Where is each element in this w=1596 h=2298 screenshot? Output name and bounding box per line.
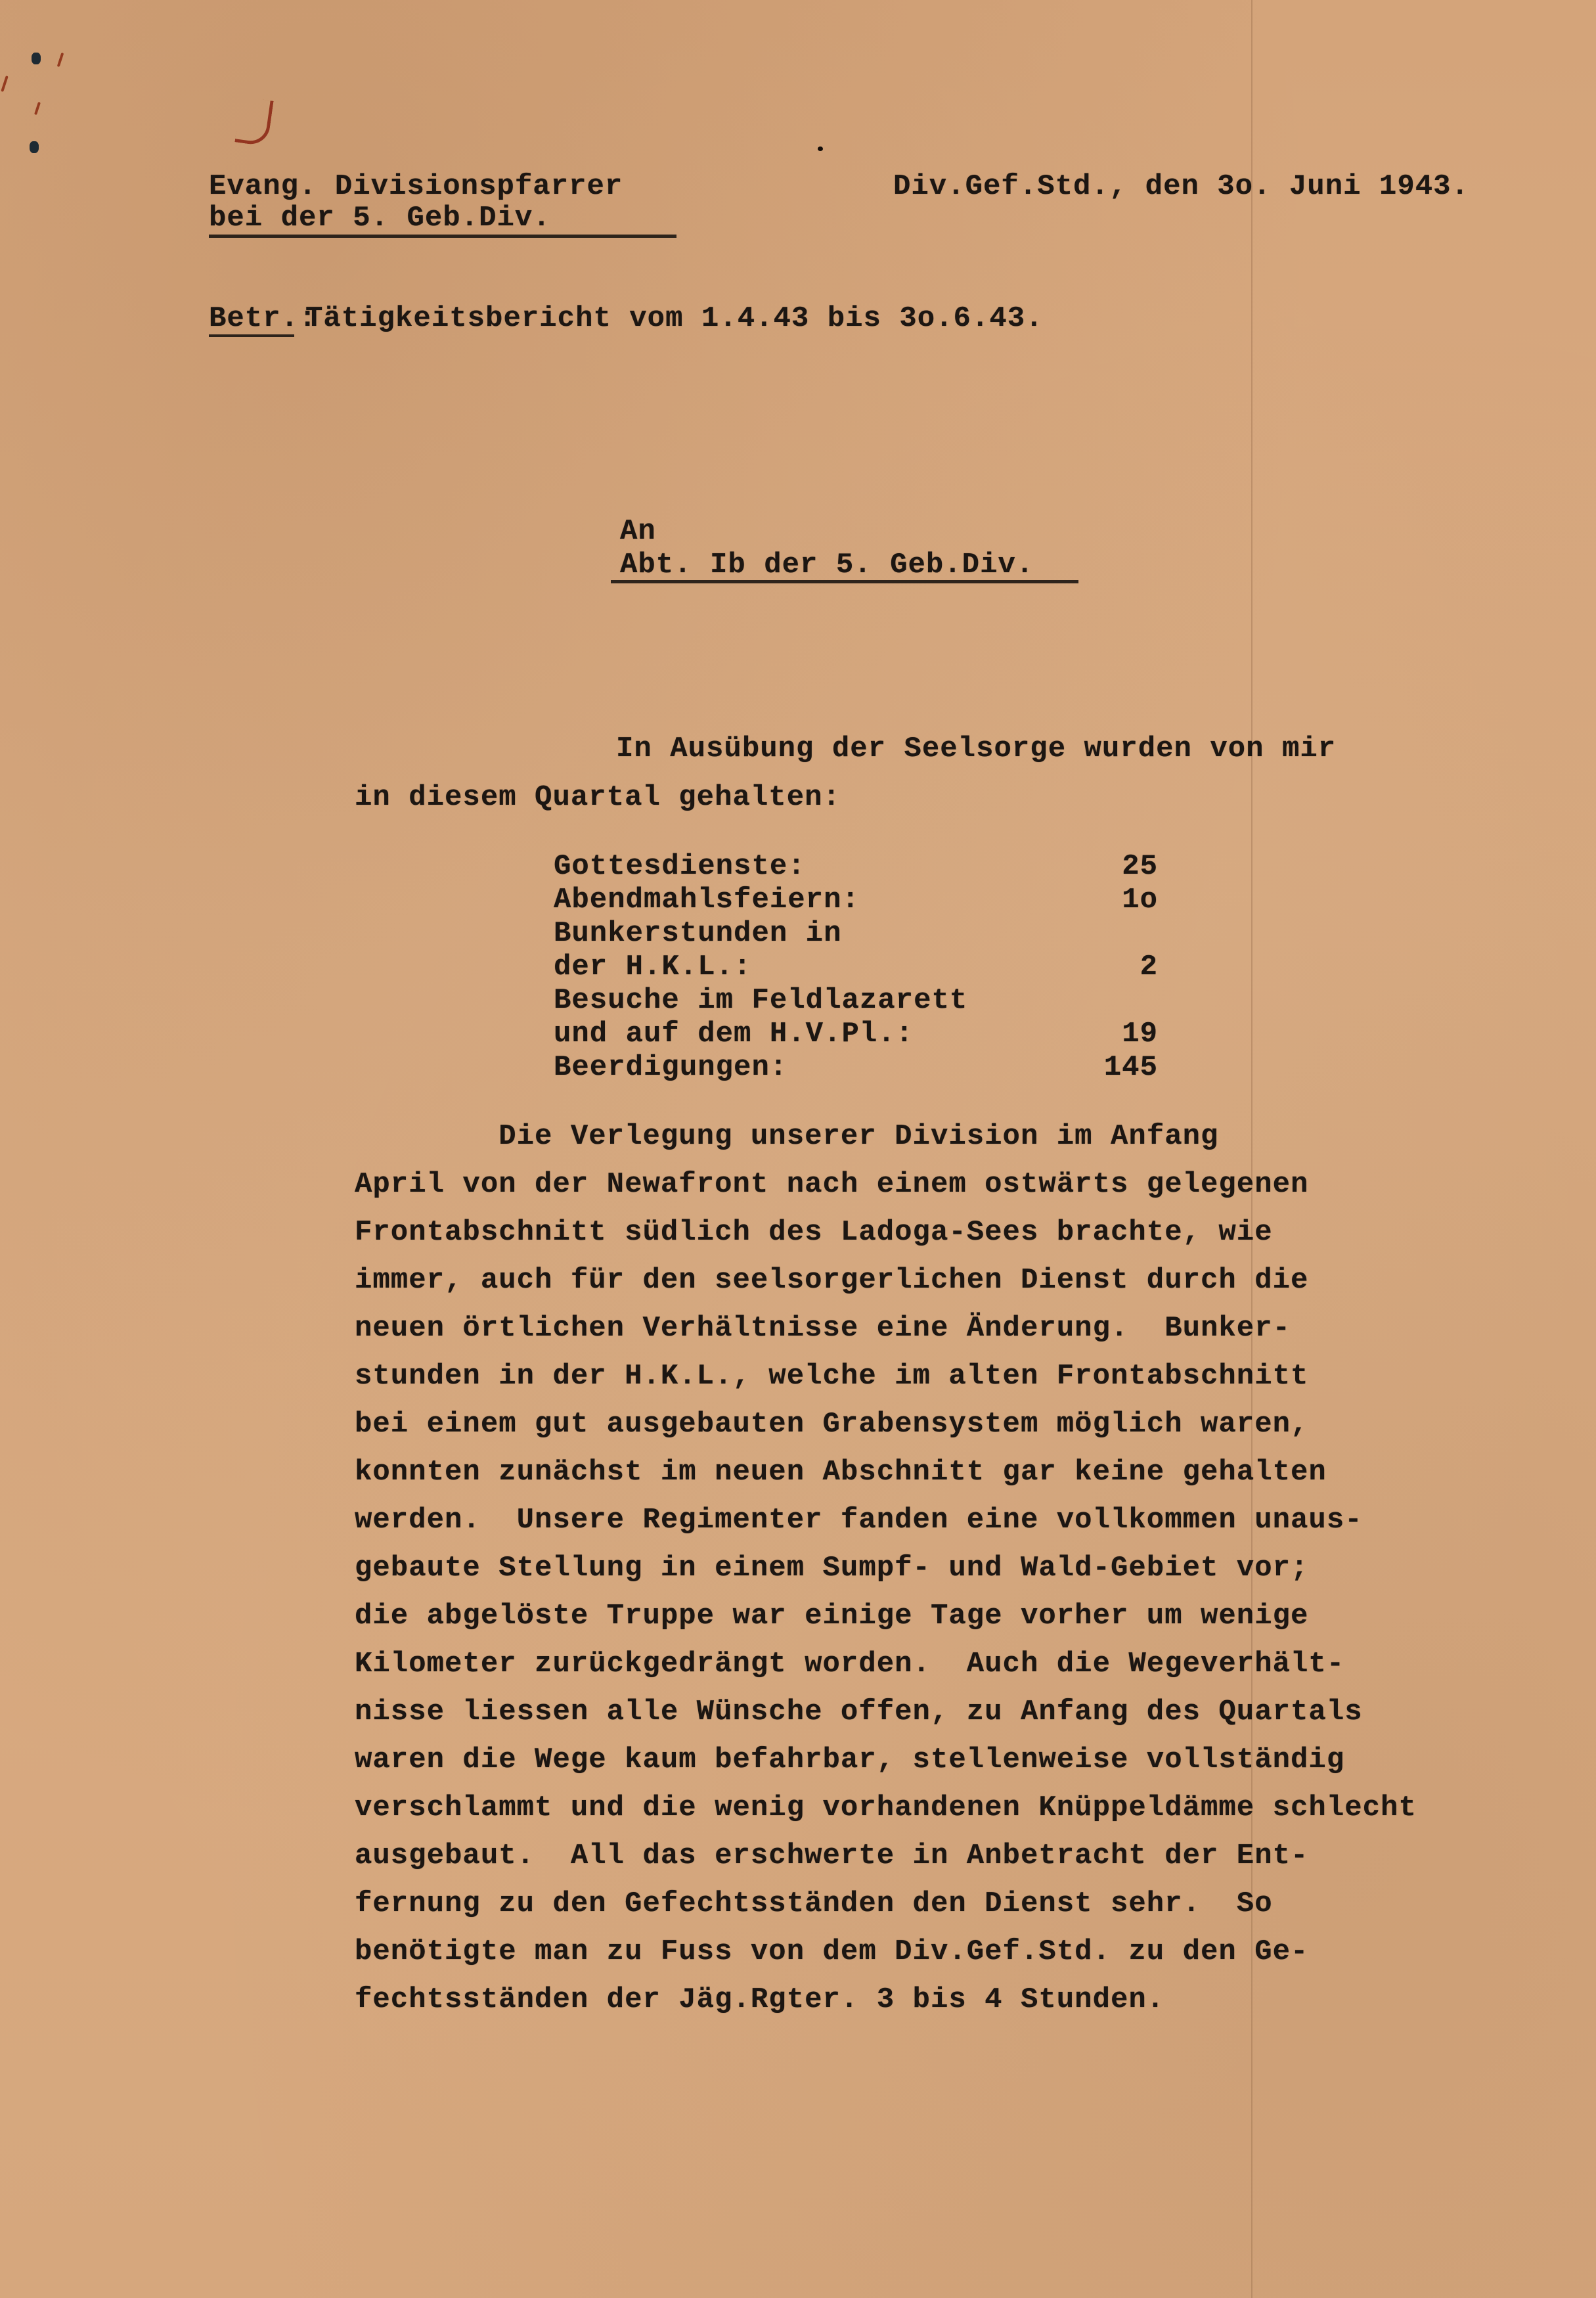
sender-line-2: bei der 5. Geb.Div. (209, 204, 551, 233)
punch-hole-bottom (30, 141, 39, 153)
intro-line-2: in diesem Quartal gehalten: (355, 783, 841, 812)
recipient-prefix: An (620, 517, 656, 546)
body-line: Die Verlegung unserer Division im Anfang (355, 1120, 1218, 1153)
body-line: werden. Unsere Regimenter fanden eine vo… (355, 1504, 1363, 1537)
red-pencil-mark (234, 97, 273, 146)
body-line: Kilometer zurückgedrängt worden. Auch di… (355, 1648, 1344, 1680)
stats-value: 25 (1122, 852, 1158, 881)
stats-value: 145 (1104, 1053, 1158, 1082)
sender-underline (209, 235, 676, 238)
stats-label: Beerdigungen: (554, 1053, 787, 1082)
body-line: verschlammt und die wenig vorhandenen Kn… (355, 1791, 1417, 1824)
stats-label: Besuche im Feldlazarett (554, 986, 967, 1015)
body-line: bei einem gut ausgebauten Grabensystem m… (355, 1408, 1308, 1441)
body-line: ausgebaut. All das erschwerte in Anbetra… (355, 1839, 1308, 1872)
stats-label: Abendmahlsfeiern: (554, 886, 860, 914)
body-line: neuen örtlichen Verhältnisse eine Änderu… (355, 1312, 1291, 1345)
body-line: Frontabschnitt südlich des Ladoga-Sees b… (355, 1216, 1273, 1249)
stats-value: 19 (1122, 1020, 1158, 1048)
body-line: stunden in der H.K.L., welche im alten F… (355, 1360, 1308, 1393)
intro-line-1: In Ausübung der Seelsorge wurden von mir (616, 734, 1336, 763)
body-line: April von der Newafront nach einem ostwä… (355, 1168, 1308, 1201)
body-line: benötigte man zu Fuss von dem Div.Gef.St… (355, 1935, 1308, 1968)
recipient-underline (611, 580, 1078, 583)
body-line: fechtsständen der Jäg.Rgter. 3 bis 4 Stu… (355, 1983, 1164, 2016)
body-line: immer, auch für den seelsorgerlichen Die… (355, 1264, 1308, 1297)
punch-hole-top (32, 53, 41, 64)
body-line: nisse liessen alle Wünsche offen, zu Anf… (355, 1696, 1363, 1728)
recipient-name: Abt. Ib der 5. Geb.Div. (620, 551, 1034, 579)
subject-label-underline (209, 334, 294, 337)
stats-label: der H.K.L.: (554, 953, 751, 981)
rust-mark (57, 53, 64, 67)
stats-label: Bunkerstunden in (554, 919, 841, 948)
stats-value: 1o (1122, 886, 1158, 914)
place-date: Div.Gef.Std., den 3o. Juni 1943. (893, 172, 1469, 201)
subject-text: Tätigkeitsbericht vom 1.4.43 bis 3o.6.43… (305, 304, 1044, 333)
rust-mark (34, 102, 41, 115)
body-line: waren die Wege kaum befahrbar, stellenwe… (355, 1744, 1344, 1776)
stats-label: und auf dem H.V.Pl.: (554, 1020, 914, 1048)
stats-label: Gottesdienste: (554, 852, 806, 881)
body-line: gebaute Stellung in einem Sumpf- und Wal… (355, 1552, 1308, 1585)
body-line: die abgelöste Truppe war einige Tage vor… (355, 1600, 1308, 1633)
sender-line-1: Evang. Divisionspfarrer (209, 172, 623, 201)
body-line: fernung zu den Gefechtsständen den Diens… (355, 1887, 1273, 1920)
subject-label: Betr.: (209, 304, 317, 333)
ink-dot (818, 146, 823, 151)
stats-value: 2 (1140, 953, 1158, 981)
rust-mark (1, 76, 9, 92)
body-line: konnten zunächst im neuen Abschnitt gar … (355, 1456, 1327, 1489)
